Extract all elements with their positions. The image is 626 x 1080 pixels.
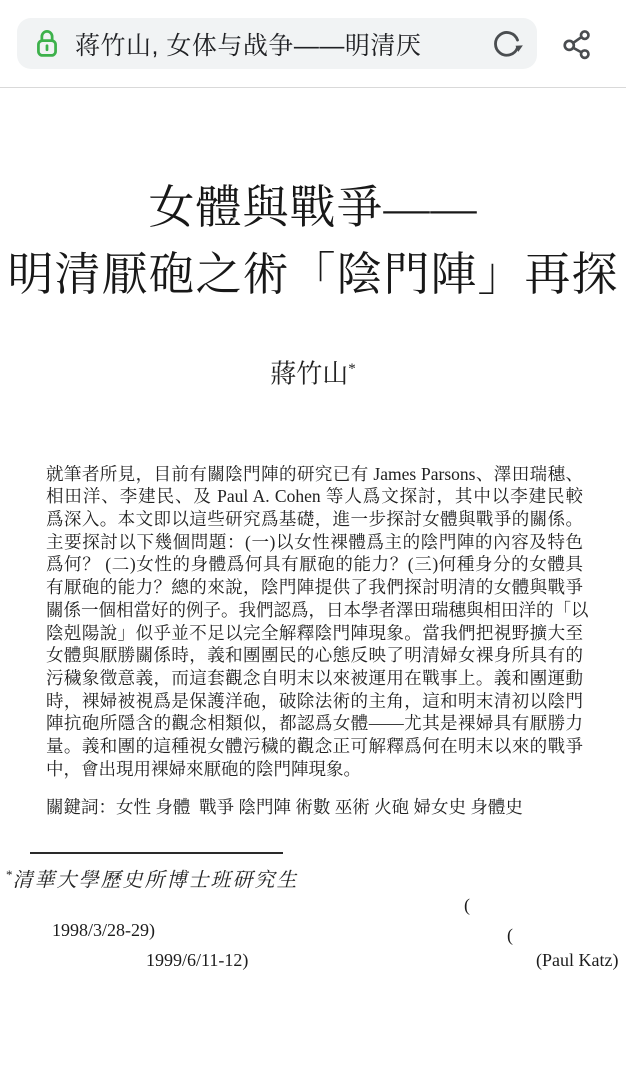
abstract-line: 中，會出現用裸婦來厭砲的陰門陣現象。 <box>46 758 583 781</box>
abstract-paragraph: 就筆者所見，目前有關陰門陣的研究已有 James Parsons、澤田瑞穗、 相… <box>46 463 583 781</box>
footnote-affiliation: *清華大學歷史所博士班研究生 <box>6 861 626 895</box>
footnote-fragment-date2: 1999/6/11-12) <box>146 947 248 973</box>
abstract-line: 陰剋陽說」似乎並不足以完全解釋陰門陣現象。當我們把視野擴大至 <box>46 622 583 645</box>
footnote-fragment-date1: 1998/3/28-29) <box>52 917 155 943</box>
article-title-line2: 明清厭砲之術「陰門陣」再探 <box>8 249 619 300</box>
address-bar[interactable]: 蒋竹山, 女体与战争——明清厌 <box>17 18 537 69</box>
footnote-fragment-paren2: ( <box>507 922 513 948</box>
abstract-line: 就筆者所見，目前有關陰門陣的研究已有 James Parsons、澤田瑞穗、 <box>46 463 583 486</box>
abstract-line: 爲深入。本文即以這些研究爲基礎，進一步探討女體與戰爭的關係。 <box>46 508 583 531</box>
abstract-line: 爲何？ (二)女性的身體爲何具有厭砲的能力？(三)何種身分的女體具 <box>46 553 583 576</box>
abstract-line: 陣抗砲所隱含的觀念相類似，都認爲女體——尤其是裸婦具有厭勝力 <box>46 712 583 735</box>
document-page: 女體與戰爭—— 明清厭砲之術「陰門陣」再探 蔣竹山* 就筆者所見，目前有關陰門陣… <box>0 174 626 894</box>
abstract-line: 污穢象徵意義，而這套觀念自明末以來被運用在戰事上。義和團運動 <box>46 667 583 690</box>
article-title-line1: 女體與戰爭—— <box>149 182 478 233</box>
keywords-line: 關鍵詞：女性 身體 戰爭 陰門陣 術數 巫術 火砲 婦女史 身體史 <box>46 795 596 819</box>
author-footnote-mark: * <box>348 361 356 377</box>
reload-button[interactable] <box>487 24 527 64</box>
abstract-line: 有厭砲的能力？總的來說，陰門陣提供了我們探討明清的女體與戰爭 <box>46 576 583 599</box>
share-button[interactable] <box>555 22 599 66</box>
abstract-line: 女體與厭勝關係時，義和團團民的心態反映了明清婦女裸身所具有的 <box>46 644 583 667</box>
address-bar-text[interactable]: 蒋竹山, 女体与战争——明清厌 <box>75 26 487 62</box>
ssl-lock-icon <box>33 28 61 60</box>
abstract-line: 主要探討以下幾個問題：(一)以女性裸體爲主的陰門陣的內容及特色 <box>46 531 583 554</box>
abstract-line: 量。義和團的這種視女體污穢的觀念正可解釋爲何在明末以來的戰爭 <box>46 735 583 758</box>
abstract-line: 時，裸婦被視爲是保護洋砲，破除法術的主角，這和明末清初以陰門 <box>46 690 583 713</box>
browser-screen: { "browser": { "url_text": "蒋竹山, 女体与战争——… <box>0 0 626 1080</box>
author-name: 蔣竹山 <box>270 360 348 389</box>
browser-toolbar: 蒋竹山, 女体与战争——明清厌 <box>0 0 626 88</box>
footnote-fragment-paren1: ( <box>464 892 470 918</box>
footnote-fragment-paul-katz: (Paul Katz) <box>536 947 618 973</box>
footnote-rule <box>30 852 283 854</box>
article-author: 蔣竹山* <box>0 351 626 393</box>
abstract-line: 相田洋、李建民、及 Paul A. Cohen 等人爲文探討，其中以李建民較 <box>46 485 583 508</box>
abstract-line: 關係一個相當好的例子。我們認爲，日本學者澤田瑞穗與相田洋的「以 <box>46 599 583 622</box>
article-title: 女體與戰爭—— 明清厭砲之術「陰門陣」再探 <box>0 174 626 308</box>
